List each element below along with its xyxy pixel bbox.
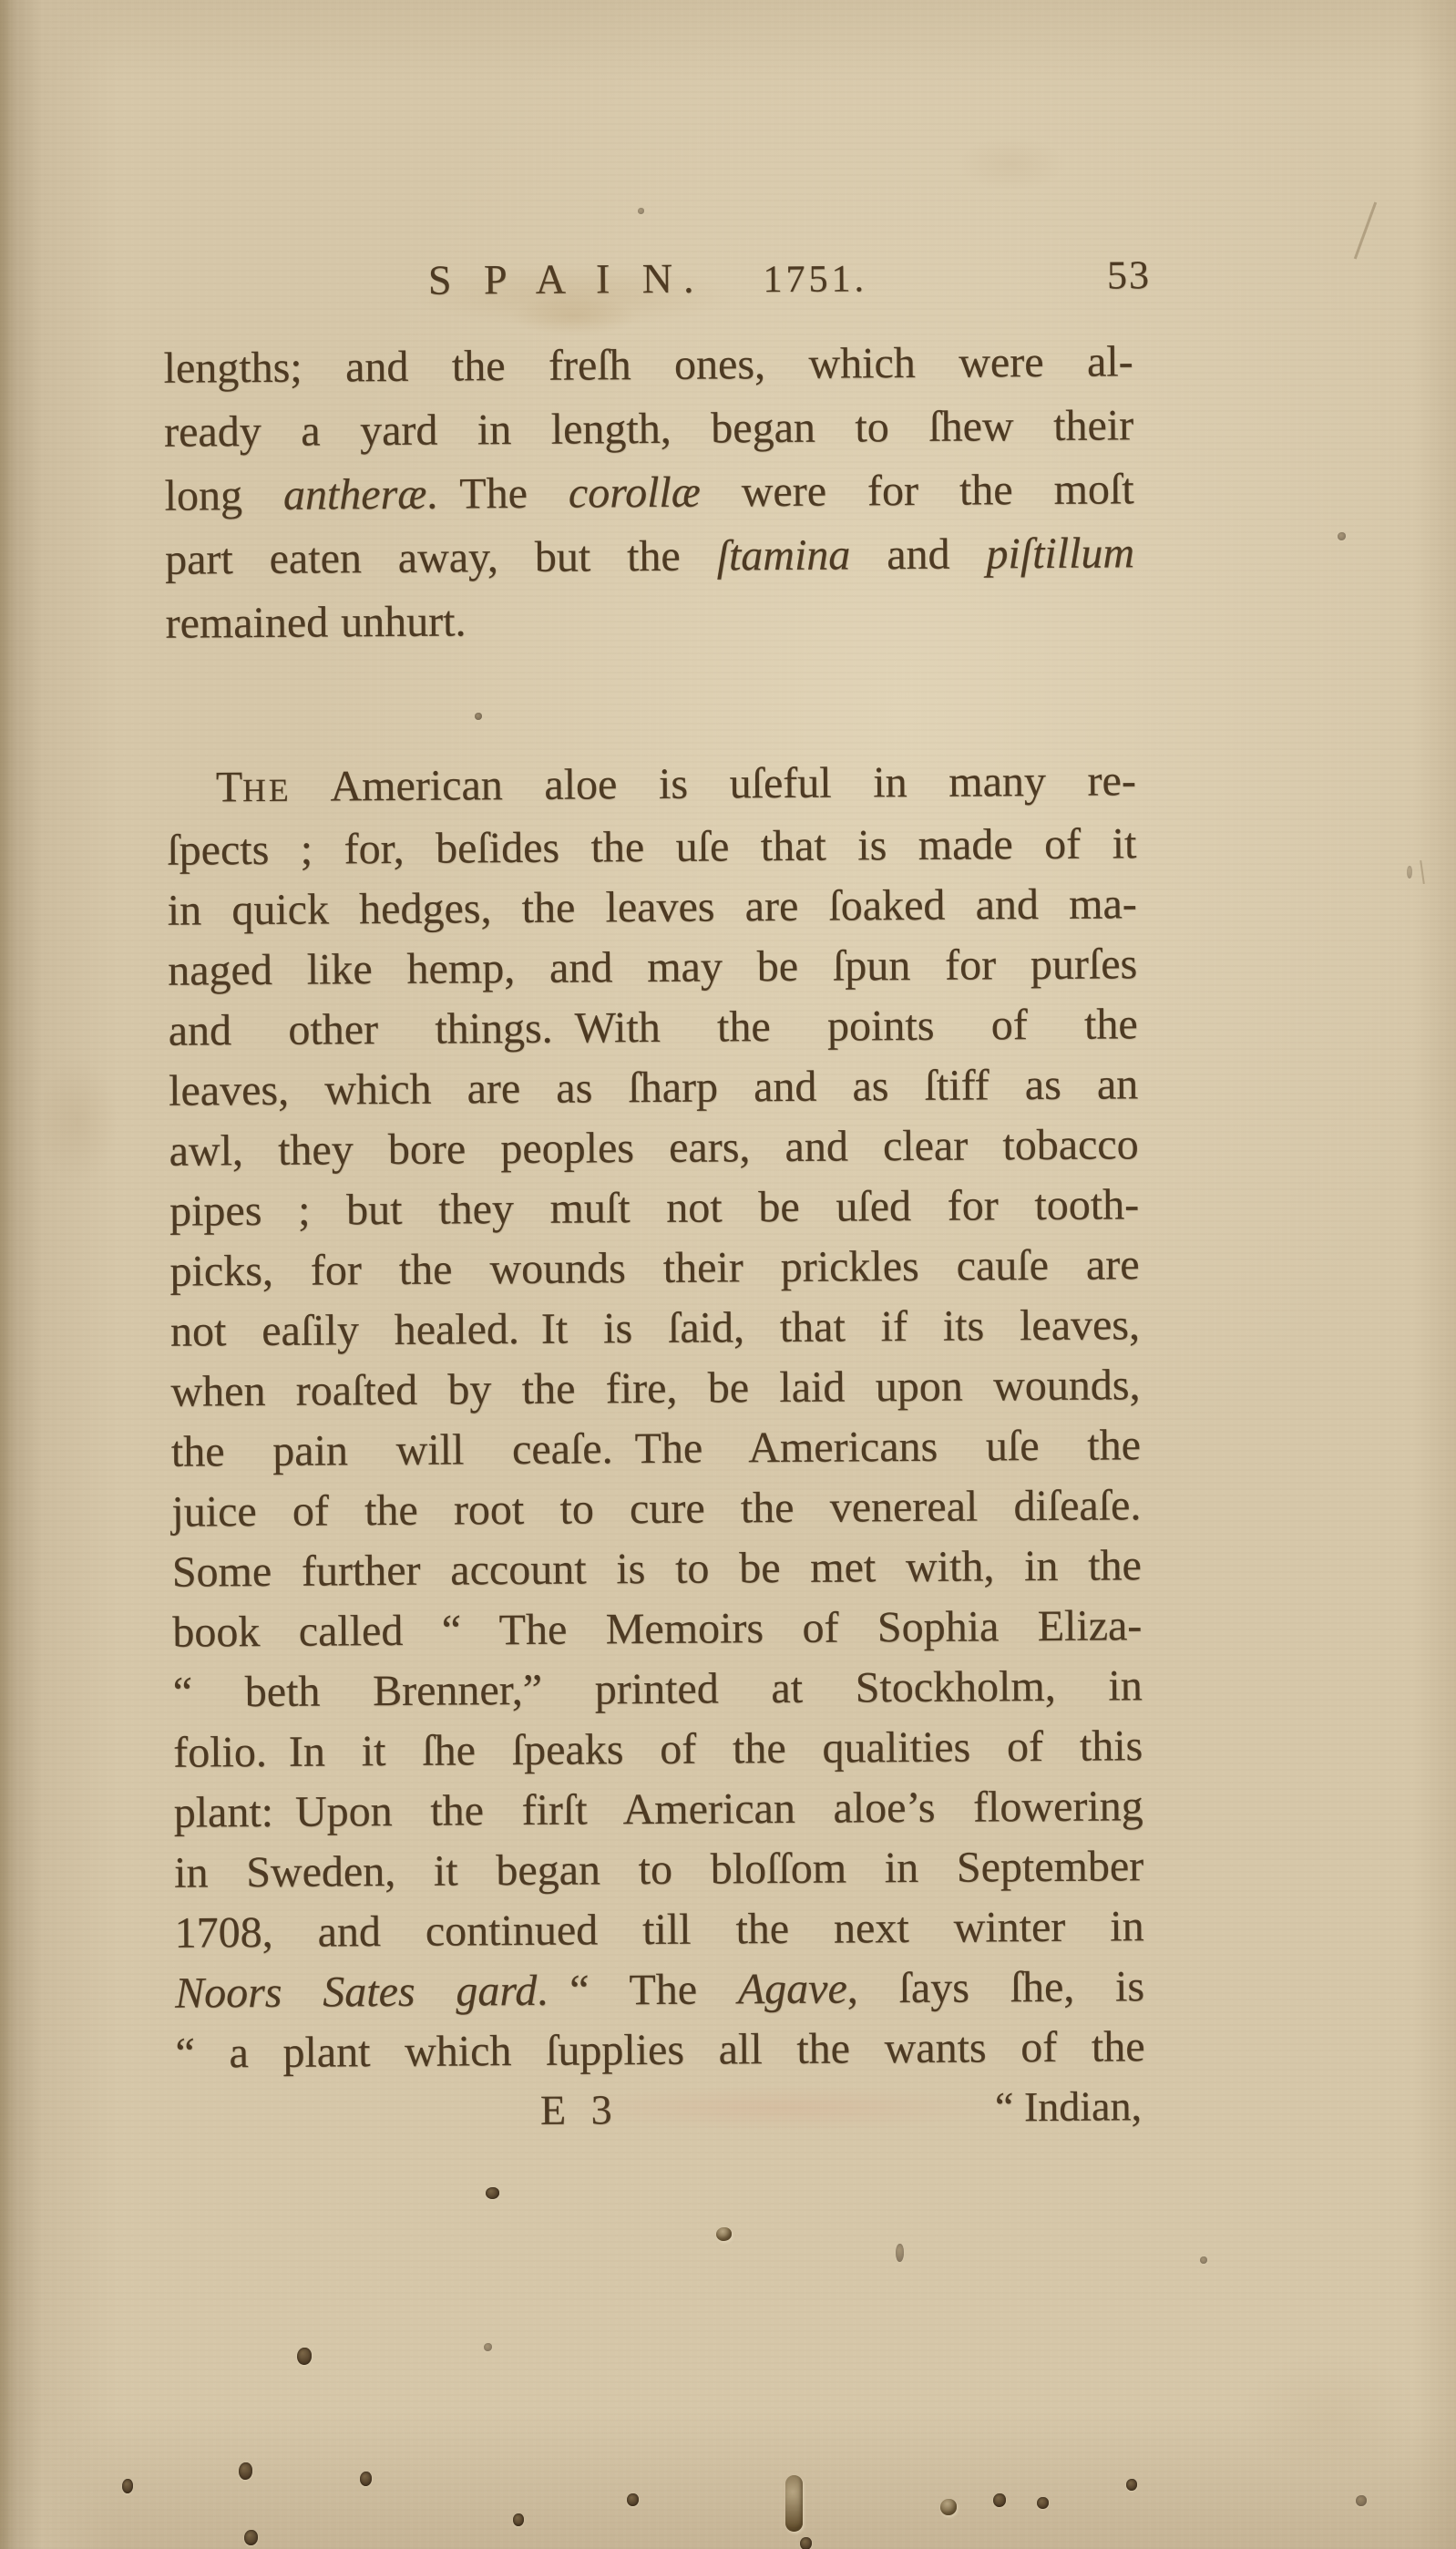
text-segment: when roaſted by the fire, be laid upon w… [170, 1361, 1140, 1415]
stain-blotch [957, 137, 1066, 191]
text-segment: . The [426, 469, 569, 519]
text-line: ſpects ; for, beſides the uſe that is ma… [167, 814, 1136, 880]
stain-blotch [1239, 2351, 1421, 2479]
text-line: Some further account is to be met with, … [172, 1536, 1142, 1602]
wormhole-speck [1126, 2479, 1137, 2491]
catch-line: E 3 “ Indian, [176, 2077, 1145, 2142]
text-segment: leaves, which are as ſharp and as ſtiff … [169, 1060, 1138, 1115]
text-line: naged like hemp, and may be ſpun for pur… [168, 934, 1137, 1001]
wormhole-speck [239, 2462, 252, 2480]
text-segment: Some further account is to be met with, … [172, 1541, 1142, 1596]
text-line: “ a plant which ſupplies all the wants o… [175, 2017, 1144, 2083]
text-segment: naged like hemp, and may be ſpun for pur… [168, 940, 1137, 994]
text-line: not eaſily healed. It is ſaid, that if i… [170, 1295, 1140, 1362]
italic-text: Agave [738, 1965, 847, 2014]
text-segment: “ a plant which ſupplies all the wants o… [175, 2022, 1144, 2077]
text-segment: and other things. With the points of the [169, 1000, 1138, 1054]
text-line: leaves, which are as ſharp and as ſtiff … [169, 1054, 1138, 1121]
text-segment: “ beth Brenner,” printed at Stockholm, i… [173, 1661, 1143, 1716]
page: S P A I N. 1751. 53 lengths; and the fre… [0, 0, 1456, 2549]
italic-text: corollæ [569, 468, 701, 518]
text-line: pipes ; but they muſt not be uſed for to… [169, 1175, 1139, 1241]
text-line: when roaſted by the fire, be laid upon w… [170, 1355, 1140, 1422]
wormhole-speck [627, 2493, 639, 2506]
running-head: S P A I N. 1751. 53 [163, 248, 1133, 309]
paragraph: lengths; and the freſh ones, which were … [163, 330, 1134, 655]
text-line: juice of the root to cure the venereal d… [171, 1475, 1141, 1542]
wormhole-speck [716, 2227, 732, 2241]
page-content: S P A I N. 1751. 53 lengths; and the fre… [163, 248, 1145, 2142]
text-line: long antheræ. The corollæ were for the m… [164, 457, 1133, 528]
wormhole-speck [1356, 2495, 1367, 2506]
page-number: 53 [1107, 248, 1151, 303]
text-segment: part eaten away, but the [165, 532, 717, 584]
wormhole-speck [800, 2537, 812, 2549]
wormhole-speck [297, 2348, 312, 2365]
wormhole-speck [993, 2493, 1006, 2507]
catchword: “ Indian, [995, 2077, 1142, 2136]
text-segment: T [216, 763, 243, 811]
text-line: plant: Upon the firſt American aloe’s fl… [173, 1776, 1143, 1843]
paragraph: THE American aloe is uſeful in many re-ſ… [167, 751, 1145, 2083]
text-line: remained unhurt. [165, 585, 1134, 655]
header-title: S P A I N. [428, 252, 705, 308]
wormhole-speck [1407, 866, 1412, 879]
text-segment: . “ The [537, 1965, 738, 2015]
text-line: folio. In it ſhe ſpeaks of the qualities… [173, 1716, 1143, 1783]
wormhole-speck [486, 2187, 499, 2199]
stain-blotch [36, 1057, 118, 1185]
text-paragraphs: lengths; and the freſh ones, which were … [163, 330, 1144, 2083]
text-line: “ beth Brenner,” printed at Stockholm, i… [173, 1656, 1143, 1722]
text-line: Noors Sates gard. “ The Agave, ſays ſhe,… [175, 1957, 1144, 2023]
text-segment: , ſays ſhe, is [847, 1962, 1145, 2012]
text-segment: ſpects ; for, beſides the uſe that is ma… [167, 819, 1136, 874]
wormhole-speck [360, 2472, 372, 2486]
text-line: THE American aloe is uſeful in many re- [167, 751, 1136, 820]
text-segment: not eaſily healed. It is ſaid, that if i… [170, 1300, 1140, 1355]
wormhole-speck [638, 208, 644, 214]
text-segment: ready a yard in length, began to ſhew th… [164, 401, 1133, 456]
italic-text: antheræ [283, 470, 427, 519]
wormhole-speck [785, 2475, 803, 2532]
text-segment: pipes ; but they muſt not be uſed for to… [169, 1180, 1139, 1235]
text-segment: were for the moſt [701, 465, 1134, 516]
wormhole-speck [475, 713, 482, 720]
text-line: book called “ The Memoirs of Sophia Eliz… [172, 1596, 1142, 1662]
text-segment: awl, they bore peoples ears, and clear t… [169, 1120, 1138, 1175]
wormhole-speck [1037, 2497, 1049, 2509]
text-segment: remained unhurt. [165, 597, 466, 647]
wormhole-speck [513, 2513, 524, 2526]
text-segment: juice of the root to cure the venereal d… [171, 1481, 1141, 1536]
text-line: awl, they bore peoples ears, and clear t… [169, 1115, 1138, 1181]
text-segment: picks, for the wounds their prickles cau… [169, 1240, 1139, 1295]
wormhole-speck [896, 2244, 904, 2262]
text-segment: folio. In it ſhe ſpeaks of the qualities… [173, 1722, 1143, 1776]
text-segment: in quick hedges, the leaves are ſoaked a… [168, 879, 1137, 934]
text-segment: and [850, 529, 986, 579]
text-line: part eaten away, but the ſtamina and piſ… [165, 521, 1134, 591]
scratch-mark [1420, 860, 1425, 884]
text-line: in Sweden, it began to bloſſom in Septem… [174, 1836, 1143, 1903]
header-year: 1751. [763, 252, 867, 307]
text-line: lengths; and the freſh ones, which were … [163, 330, 1133, 400]
text-line: 1708, and continued till the next winter… [174, 1896, 1143, 1963]
text-segment: the pain will ceaſe. The Americans uſe t… [171, 1421, 1141, 1475]
signature-mark: E 3 [540, 2081, 612, 2140]
text-line: picks, for the wounds their prickles cau… [169, 1235, 1139, 1301]
smallcaps-text: HE [242, 772, 292, 808]
wormhole-speck [244, 2530, 258, 2545]
italic-text: piſtillum [986, 529, 1134, 578]
scratch-mark [1354, 201, 1377, 259]
text-segment: 1708, and continued till the next winter… [174, 1902, 1143, 1957]
italic-text: ſtamina [716, 530, 850, 580]
text-segment: in Sweden, it began to bloſſom in Septem… [174, 1842, 1143, 1896]
text-line: the pain will ceaſe. The Americans uſe t… [171, 1415, 1141, 1482]
wormhole-speck [1338, 532, 1346, 540]
text-line: in quick hedges, the leaves are ſoaked a… [168, 874, 1137, 940]
text-segment: lengths; and the freſh ones, which were … [163, 337, 1133, 392]
text-line: ready a yard in length, began to ſhew th… [164, 394, 1133, 464]
text-line: and other things. With the points of the [169, 994, 1138, 1061]
wormhole-speck [1200, 2256, 1207, 2264]
text-segment: plant: Upon the firſt American aloe’s fl… [174, 1782, 1143, 1836]
italic-text: Noors Sates gard [175, 1967, 538, 2018]
wormhole-speck [484, 2343, 492, 2351]
wormhole-speck [940, 2499, 957, 2515]
text-segment: book called “ The Memoirs of Sophia Eliz… [172, 1601, 1142, 1656]
text-segment: American aloe is uſeful in many re- [291, 756, 1136, 810]
text-segment: long [164, 471, 283, 520]
wormhole-speck [122, 2479, 133, 2493]
